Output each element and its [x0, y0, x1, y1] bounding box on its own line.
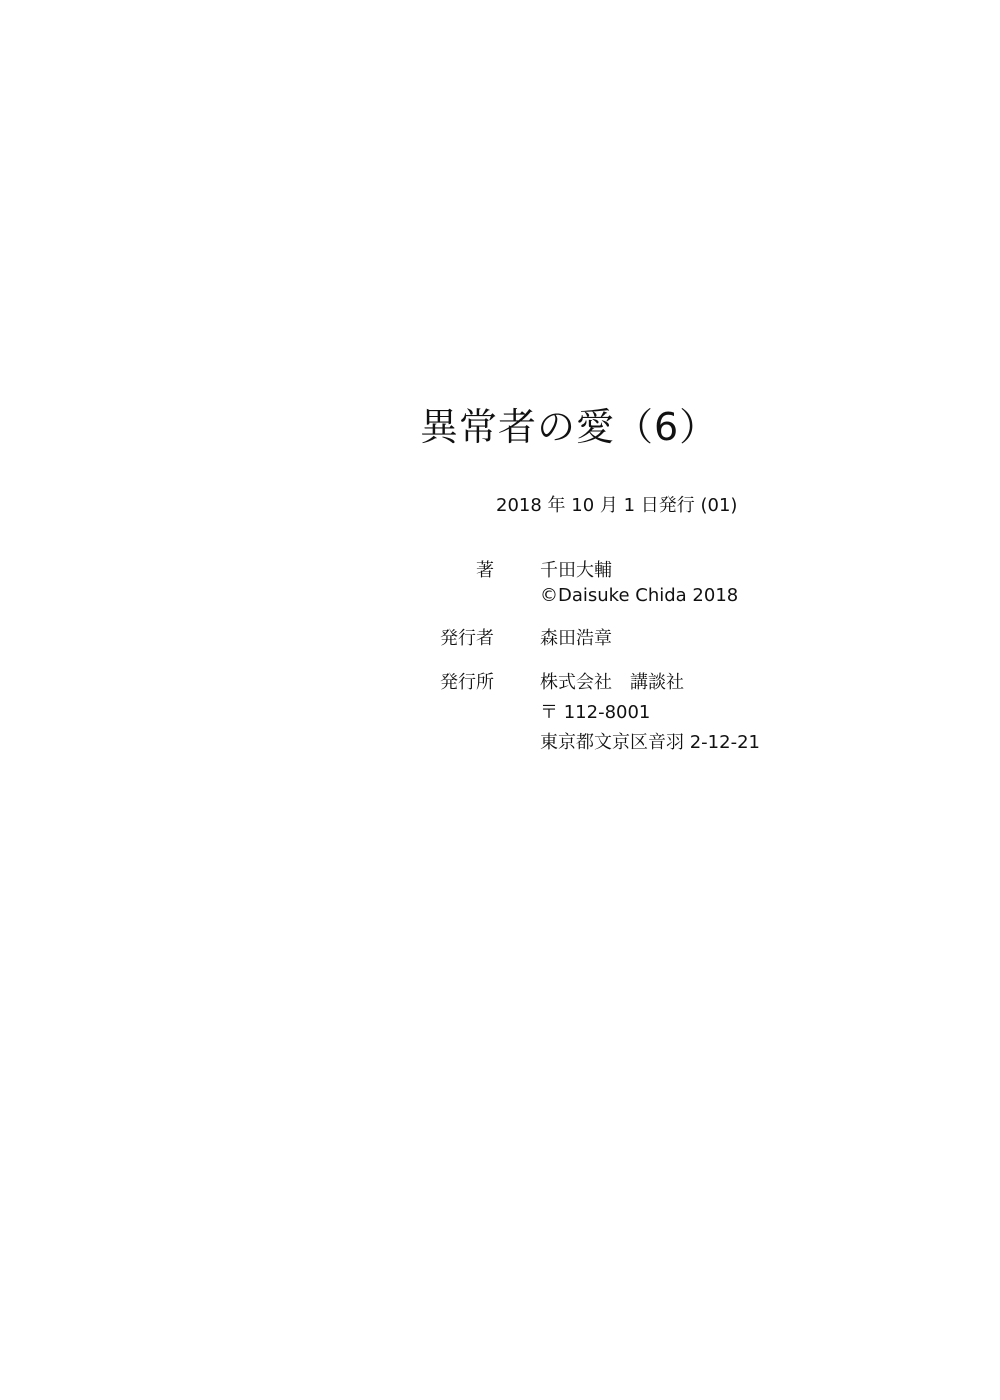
- author-label: 著: [420, 556, 494, 582]
- address: 東京都文京区音羽 2-12-21: [540, 728, 760, 754]
- publisher-person-label: 発行者: [420, 624, 494, 650]
- author-name: 千田大輔: [540, 556, 612, 582]
- publisher-label: 発行所: [420, 668, 494, 694]
- postal-code: 〒 112-8001: [540, 698, 650, 724]
- publisher-company: 株式会社 講談社: [540, 668, 684, 694]
- book-title: 異常者の愛（6）: [420, 396, 718, 451]
- issue-date: 2018 年 10 月 1 日発行 (01): [496, 491, 737, 517]
- copyright: ©Daisuke Chida 2018: [540, 585, 738, 606]
- publisher-person: 森田浩章: [540, 624, 612, 650]
